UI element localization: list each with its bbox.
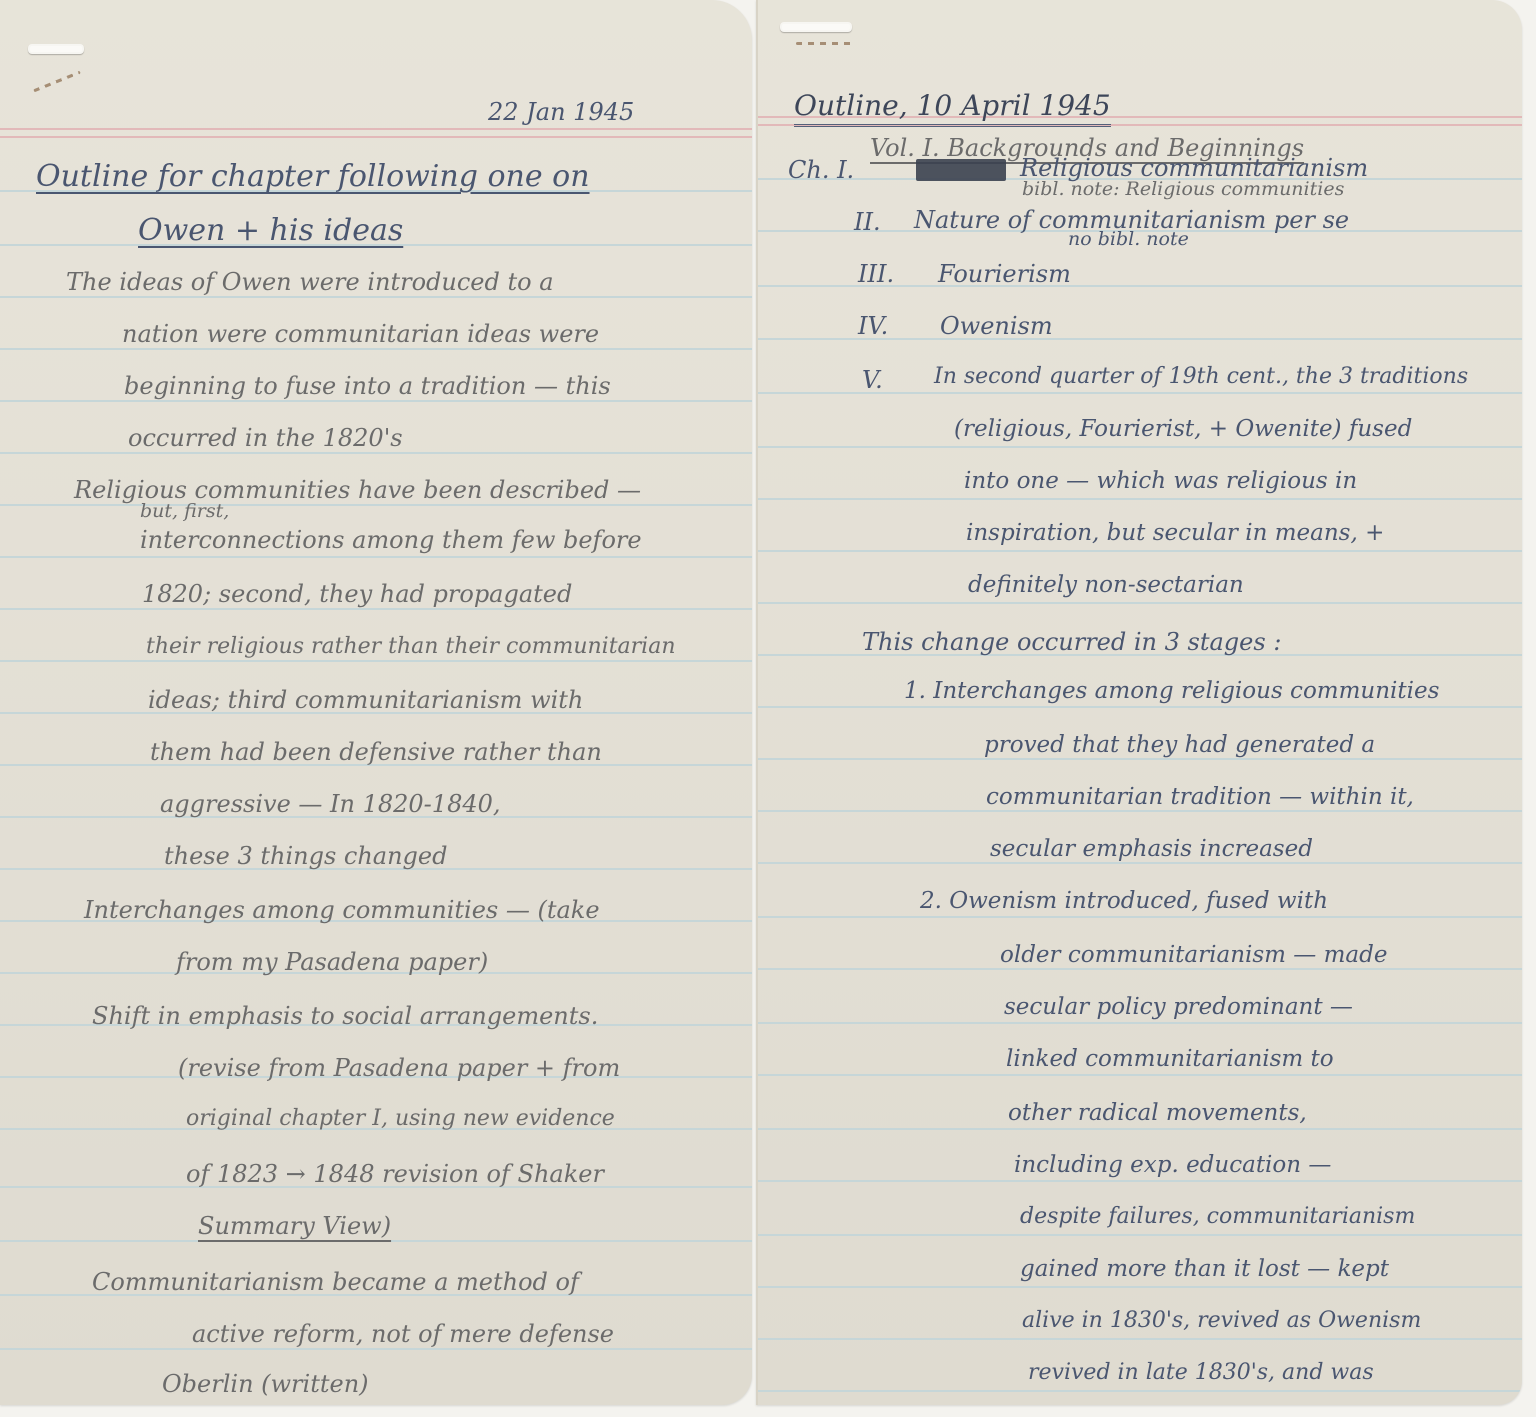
rule-line — [0, 660, 752, 662]
rule-line — [0, 556, 752, 558]
text-line: nation were communitarian ideas were — [122, 322, 599, 346]
bibl-note: no bibl. note — [1068, 230, 1189, 249]
staple-icon — [28, 44, 84, 54]
text-line: definitely non-sectarian — [968, 574, 1244, 597]
rule-line — [758, 1390, 1522, 1392]
rule-line — [758, 498, 1522, 500]
text-line: interconnections among them few before — [140, 528, 642, 552]
rule-line — [0, 608, 752, 610]
rule-line — [758, 1128, 1522, 1130]
stage-line: linked communitarianism to — [1006, 1048, 1334, 1071]
stage-line: including exp. education — — [1014, 1154, 1331, 1177]
stage-line: gained more than it lost — kept — [1020, 1258, 1389, 1281]
text-line: occurred in the 1820's — [128, 426, 403, 450]
rule-line — [0, 504, 752, 506]
chapter-numeral: V. — [862, 368, 883, 392]
text-line: The ideas of Owen were introduced to a — [66, 270, 554, 294]
text-line: Communitarianism became a method of — [92, 1270, 579, 1294]
stages-intro: This change occurred in 3 stages : — [862, 630, 1281, 654]
text-line: 1820; second, they had propagated — [142, 582, 572, 606]
stage-line: communitarian tradition — within it, — [986, 786, 1414, 809]
text-insertion: but, first, — [140, 502, 229, 521]
stage-line: other radical movements, — [1008, 1102, 1307, 1125]
rule-line — [758, 758, 1522, 760]
date: 22 Jan 1945 — [488, 100, 634, 124]
rule-line — [0, 400, 752, 402]
chapter-title: In second quarter of 19th cent., the 3 t… — [934, 366, 1468, 388]
outline-title-line-1: Outline for chapter following one on — [36, 162, 590, 192]
text-line: Religious communities have been describe… — [74, 478, 641, 502]
rule-line — [758, 602, 1522, 604]
text-line: Interchanges among communities — (take — [84, 898, 600, 922]
stage-line: 1. Interchanges among religious communit… — [904, 680, 1439, 703]
right-notebook-page: Outline, 10 April 1945 Vol. I. Backgroun… — [756, 0, 1522, 1405]
stage-line: proved that they had generated a — [984, 734, 1375, 757]
stage-line: despite failures, communitarianism — [1020, 1206, 1415, 1228]
text-line: Shift in emphasis to social arrangements… — [92, 1004, 598, 1028]
rule-line — [758, 1234, 1522, 1236]
rule-line — [758, 446, 1522, 448]
chapter-numeral: IV. — [858, 314, 888, 338]
bibl-note: bibl. note: Religious communities — [1022, 180, 1344, 199]
text-line: aggressive — In 1820-1840, — [160, 792, 501, 816]
rule-line — [758, 1338, 1522, 1340]
rust-mark — [33, 71, 80, 93]
redaction-block — [916, 159, 1006, 181]
rule-line — [758, 1074, 1522, 1076]
margin-rule — [0, 128, 752, 138]
rule-line — [0, 1240, 752, 1242]
text-line: active reform, not of mere defense — [192, 1322, 614, 1346]
stage-line: alive in 1830's, revived as Owenism — [1022, 1310, 1421, 1332]
chapter-numeral: Ch. I. — [788, 158, 854, 182]
rule-line — [758, 968, 1522, 970]
chapter-numeral: II. — [854, 210, 881, 234]
stage-line: 2. Owenism introduced, fused with — [920, 890, 1328, 913]
text-line: ideas; third communitarianism with — [148, 688, 583, 712]
rule-line — [758, 550, 1522, 552]
outline-title-line-2: Owen + his ideas — [138, 216, 403, 246]
text-line: of 1823 → 1848 revision of Shaker — [186, 1162, 604, 1186]
outline-heading: Outline, 10 April 1945 — [794, 92, 1111, 127]
chapter-title: Fourierism — [938, 262, 1071, 286]
text-line: these 3 things changed — [164, 844, 448, 868]
text-line: Oberlin (written) — [162, 1372, 369, 1396]
rust-mark — [796, 42, 856, 45]
stage-line: secular emphasis increased — [990, 838, 1313, 861]
rule-line — [0, 1348, 752, 1350]
text-line-underlined: Summary View) — [198, 1214, 391, 1238]
rule-line — [758, 916, 1522, 918]
rule-line — [0, 296, 752, 298]
rule-line — [0, 348, 752, 350]
text-line: into one — which was religious in — [964, 470, 1357, 493]
text-line: original chapter I, using new evidence — [186, 1108, 615, 1130]
rule-line — [758, 1286, 1522, 1288]
staple-icon — [780, 22, 852, 32]
chapter-title: Owenism — [940, 314, 1053, 338]
text-line: their religious rather than their commun… — [146, 636, 676, 658]
text-line: beginning to fuse into a tradition — thi… — [124, 374, 611, 398]
text-line: them had been defensive rather than — [150, 740, 602, 764]
rule-line — [758, 810, 1522, 812]
stage-line: secular policy predominant — — [1004, 996, 1353, 1019]
rule-line — [0, 452, 752, 454]
chapter-numeral: III. — [858, 262, 894, 286]
text-line: (religious, Fourierist, + Owenite) fused — [954, 418, 1412, 441]
text-line: from my Pasadena paper) — [176, 950, 488, 974]
stage-line: revived in late 1830's, and was — [1028, 1362, 1374, 1384]
rule-line — [758, 862, 1522, 864]
text-line: (revise from Pasadena paper + from — [178, 1056, 620, 1080]
chapter-title: Religious communitarianism — [916, 156, 1368, 181]
rule-line — [758, 1022, 1522, 1024]
rule-line — [758, 706, 1522, 708]
left-notebook-page: 22 Jan 1945 Outline for chapter followin… — [0, 0, 752, 1405]
rule-line — [758, 1180, 1522, 1182]
text-line: inspiration, but secular in means, + — [966, 522, 1384, 545]
stage-line: older communitarianism — made — [1000, 944, 1387, 967]
